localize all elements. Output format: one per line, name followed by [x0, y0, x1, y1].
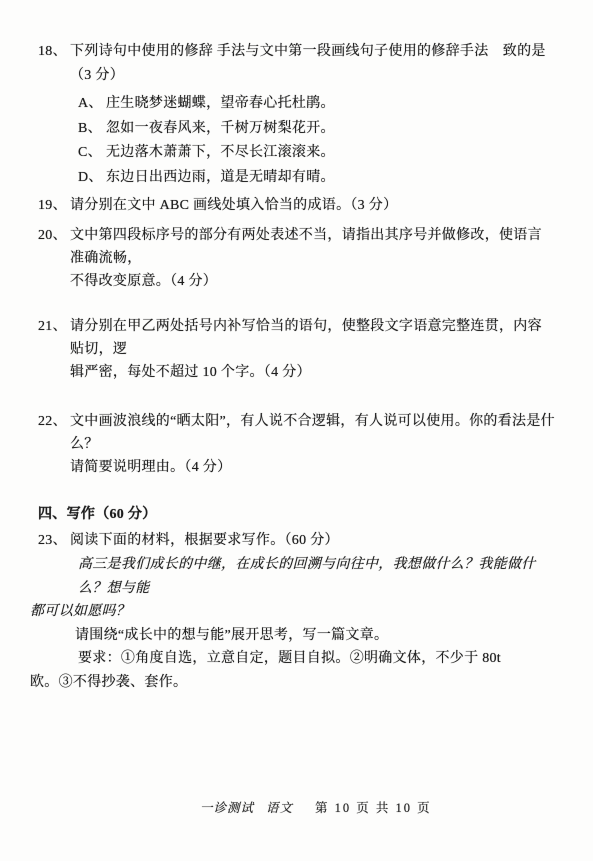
- material-line-2: 都可以如愿吗？: [30, 600, 555, 624]
- option-a-text: 庄生晓梦迷蝴蝶，望帝春心托杜鹃。: [106, 92, 335, 117]
- option-d-label: D、: [78, 166, 106, 191]
- footer-exam-name: 一诊测试: [200, 798, 254, 816]
- question-21-line2: 辑严密，每处不超过 10 个字。（4 分）: [30, 361, 555, 384]
- footer-subject: 语文: [266, 798, 293, 816]
- question-18-number: 18、: [38, 40, 70, 64]
- exam-page-scan: 18、 下列诗句中使用的修辞 手法与文中第一段画线句子使用的修辞手法 致的是（3…: [0, 0, 593, 861]
- material-line-1: 高三是我们成长的中继，在成长的回溯与向往中，我想做什么？我能做什么？想与能: [30, 553, 555, 600]
- option-c-text: 无边落木萧萧下，不尽长江滚滚来。: [106, 141, 335, 166]
- question-22-line1: 文中画波浪线的“晒太阳”，有人说不合逻辑，有人说可以使用。你的看法是什么？: [70, 410, 555, 456]
- question-23-number: 23、: [38, 529, 70, 553]
- question-18: 18、 下列诗句中使用的修辞 手法与文中第一段画线句子使用的修辞手法 致的是（3…: [30, 40, 555, 88]
- question-20-line1: 文中第四段标序号的部分有两处表述不当，请指出其序号并做修改，使语言准确流畅，: [70, 224, 555, 270]
- question-20-number: 20、: [38, 224, 70, 247]
- question-19: 19、 请分别在文中 ABC 画线处填入恰当的成语。（3 分）: [30, 194, 555, 218]
- option-d-text: 东边日出西边雨，道是无晴却有晴。: [106, 166, 335, 191]
- option-c-label: C、: [78, 141, 106, 166]
- question-21-line1: 请分别在甲乙两处括号内补写恰当的语句，使整段文字语意完整连贯，内容贴切，逻: [70, 315, 555, 361]
- option-a-label: A、: [78, 92, 106, 117]
- question-19-number: 19、: [38, 194, 70, 218]
- option-c: C、 无边落木萧萧下，不尽长江滚滚来。: [78, 141, 555, 166]
- question-21: 21、 请分别在甲乙两处括号内补写恰当的语句，使整段文字语意完整连贯，内容贴切，…: [30, 315, 555, 384]
- question-19-text: 请分别在文中 ABC 画线处填入恰当的成语。（3 分）: [70, 194, 555, 218]
- footer-page-info: 第 10 页 共 10 页: [315, 798, 432, 816]
- exam-content: 18、 下列诗句中使用的修辞 手法与文中第一段画线句子使用的修辞手法 致的是（3…: [30, 40, 555, 694]
- question-20: 20、 文中第四段标序号的部分有两处表述不当，请指出其序号并做修改，使语言准确流…: [30, 224, 555, 293]
- section-writing-title: 四、写作（60 分）: [30, 503, 555, 527]
- question-22-number: 22、: [38, 410, 70, 433]
- question-18-text: 下列诗句中使用的修辞 手法与文中第一段画线句子使用的修辞手法 致的是（3 分）: [70, 40, 555, 88]
- question-23-material: 高三是我们成长的中继，在成长的回溯与向往中，我想做什么？我能做什么？想与能 都可…: [30, 553, 555, 624]
- question-21-number: 21、: [38, 315, 70, 338]
- option-b-text: 忽如一夜春风来，千树万树梨花开。: [106, 117, 335, 142]
- question-23-requirements: 要求：①角度自选，立意自定，题目自拟。②明确文体，不少于 80t 欧。③不得抄袭…: [30, 647, 555, 694]
- option-b-label: B、: [78, 117, 106, 142]
- requirements-line-1: 要求：①角度自选，立意自定，题目自拟。②明确文体，不少于 80t: [30, 647, 555, 671]
- option-b: B、 忽如一夜春风来，千树万树梨花开。: [78, 117, 555, 142]
- option-a: A、 庄生晓梦迷蝴蝶，望帝春心托杜鹃。: [78, 92, 555, 117]
- question-18-options: A、 庄生晓梦迷蝴蝶，望帝春心托杜鹃。 B、 忽如一夜春风来，千树万树梨花开。 …: [30, 92, 555, 190]
- question-20-line2: 不得改变原意。（4 分）: [30, 270, 555, 293]
- option-d: D、 东边日出西边雨，道是无晴却有晴。: [78, 166, 555, 191]
- question-23-text: 阅读下面的材料，根据要求写作。（60 分）: [70, 529, 555, 553]
- question-22: 22、 文中画波浪线的“晒太阳”，有人说不合逻辑，有人说可以使用。你的看法是什么…: [30, 410, 555, 479]
- requirements-line-2: 欧。③不得抄袭、套作。: [30, 671, 555, 695]
- question-23-prompt: 请围绕“成长中的想与能”展开思考，写一篇文章。: [30, 624, 555, 648]
- question-23: 23、 阅读下面的材料，根据要求写作。（60 分）: [30, 529, 555, 553]
- question-22-line2: 请简要说明理由。（4 分）: [30, 456, 555, 479]
- page-footer: 一诊测试 语文 第 10 页 共 10 页: [200, 798, 432, 816]
